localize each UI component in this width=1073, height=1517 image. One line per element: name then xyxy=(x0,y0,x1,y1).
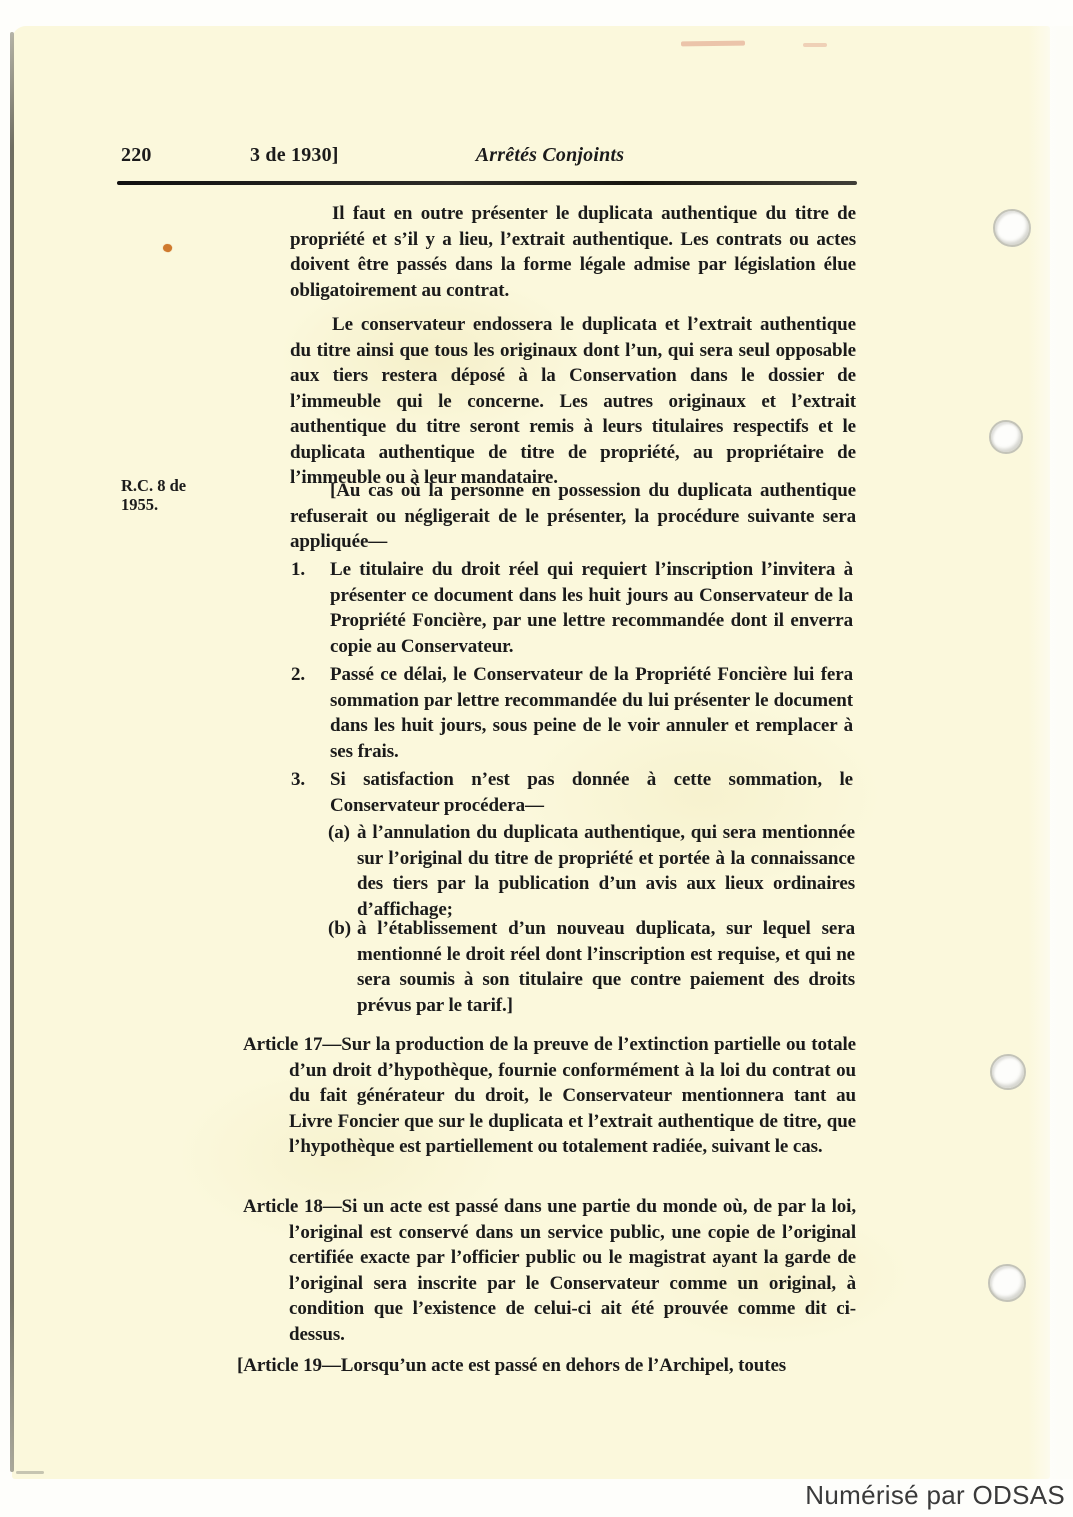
article-19-partial: [Article 19—Lorsqu’un acte est passé en … xyxy=(237,1353,877,1379)
scan-watermark: Numérisé par ODSAS xyxy=(520,1480,1065,1511)
page-left-edge-shadow xyxy=(10,32,14,1472)
header-volume-ref: 3 de 1930] xyxy=(250,144,339,167)
page-bottom-edge-mark xyxy=(16,1471,44,1474)
article-18: Article 18—Si un acte est passé dans une… xyxy=(243,1194,856,1347)
paragraph-procedure-intro: [Au cas où la personne en possession du … xyxy=(290,478,856,555)
margin-annotation: R.C. 8 de 1955. xyxy=(121,476,231,514)
red-ink-mark xyxy=(681,41,745,47)
sub-item-text: à l’annulation du duplicata authentique,… xyxy=(357,820,855,922)
scanned-document-page: { "header": { "page_number": "220", "vol… xyxy=(0,0,1073,1517)
margin-annotation-line: R.C. 8 de xyxy=(121,476,231,495)
list-item-number: 1. xyxy=(291,557,325,583)
list-item-number: 3. xyxy=(291,767,325,793)
punch-hole xyxy=(990,1054,1026,1090)
sub-item-text: à l’établissement d’un nouveau duplicata… xyxy=(357,916,855,1018)
punch-hole xyxy=(988,1264,1026,1302)
margin-annotation-line: 1955. xyxy=(121,495,231,514)
page-right-edge-fade xyxy=(1028,26,1073,1479)
list-item-text: Le titulaire du droit réel qui requiert … xyxy=(330,557,853,659)
list-item-text: Si satisfaction n’est pas donnée à cette… xyxy=(330,767,853,818)
punch-hole xyxy=(993,209,1031,247)
punch-hole xyxy=(989,420,1023,454)
page-number: 220 xyxy=(121,144,152,167)
header-rule xyxy=(117,181,857,185)
sub-item-label: (a) xyxy=(328,820,360,846)
article-17: Article 17—Sur la production de la preuv… xyxy=(243,1032,856,1160)
paragraph-presentation-duplicata: Il faut en outre présenter le duplicata … xyxy=(290,201,856,303)
red-ink-mark xyxy=(803,43,827,47)
paragraph-conservateur-endossement: Le conservateur endossera le duplicata e… xyxy=(290,312,856,491)
header-running-title: Arrêtés Conjoints xyxy=(400,144,700,167)
sub-item-label: (b) xyxy=(328,916,360,942)
list-item-text: Passé ce délai, le Conservateur de la Pr… xyxy=(330,662,853,764)
list-item-number: 2. xyxy=(291,662,325,688)
